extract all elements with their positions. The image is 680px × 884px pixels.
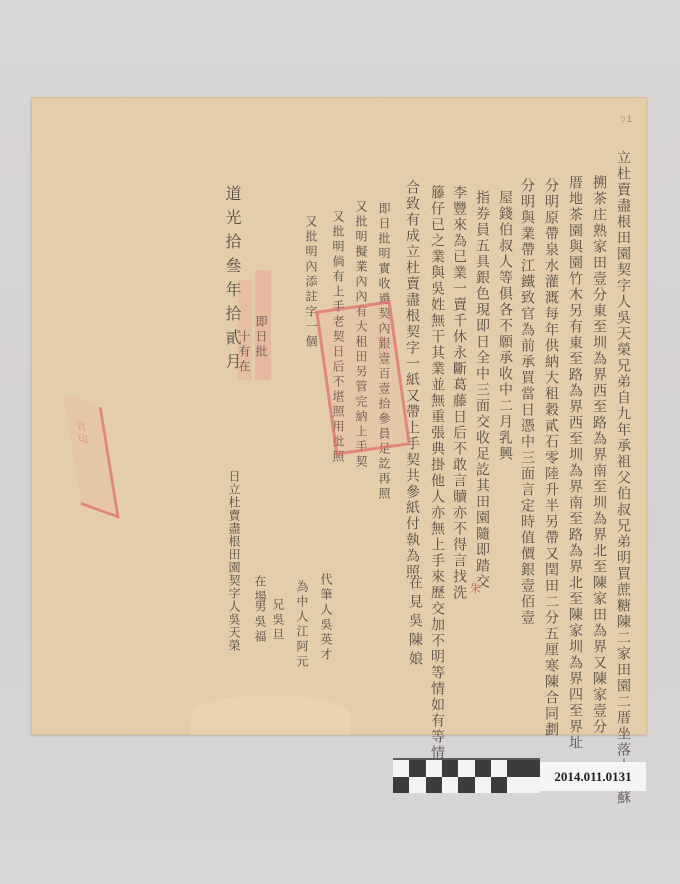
body-column-2: 搠茶庄熟家田壹分東至圳為界西至路為界南至圳為界北至陳家田為界又陳家壹分 — [592, 175, 606, 735]
body-column-1: 立杜賣盡根田園契字人吳天榮兄弟自九年承祖父伯叔兄弟明買蔗糖陳二家田園二厝坐落土名… — [616, 150, 630, 806]
witness-name: 江阿元 — [295, 625, 309, 670]
page-mark: ㄅ1 — [618, 112, 632, 125]
witness-name: 兄吳旦 — [271, 598, 285, 643]
body-column-3: 厝地茶園與園竹木另有東至路為界西至圳為界南至路為界北至陳家圳為界四至界址 — [568, 175, 582, 751]
color-checker — [393, 760, 540, 793]
body-column-5: 分明與業帶江鐵致官為前承買當日憑中三面言定時值價銀壹佰壹 — [520, 178, 534, 626]
small-note-2: 十有在 — [238, 330, 250, 375]
paper-stain — [191, 695, 351, 735]
witness-role: 在見 — [407, 575, 423, 613]
witness-name: 吳陳娘 — [407, 613, 423, 670]
witness-present: 在見吳陳娘 — [408, 575, 422, 670]
witness-middleman: 為中人江阿元 — [296, 580, 308, 670]
body-column-7: 指券員五具銀色現即日全中三面交收足訖其田園隨即踏交 — [475, 190, 489, 590]
signatory-column: 日立杜賣盡根田園契字人吳天榮 — [228, 470, 240, 652]
body-column-10: 合致有成立杜賣盡根契字一紙又帶上手契共參紙付執為照 — [405, 180, 419, 580]
body-column-8: 李豐來為已業一賣千休永斷葛藤日后不敢言贖亦不得言找洗 — [452, 185, 466, 601]
witness-brother: 兄吳旦 — [272, 598, 284, 643]
witness-name: 吳英才 — [319, 618, 333, 663]
accession-number-label: 2014.011.0131 — [540, 762, 646, 791]
red-ink-mark: 朱 — [470, 580, 481, 596]
witness-scribe: 代筆人吳英才 — [320, 573, 332, 663]
witness-role: 為中人 — [295, 580, 309, 625]
small-note: 即日批 — [255, 315, 267, 360]
body-column-14: 又批明內添註字一個 — [305, 215, 317, 350]
witness-role: 代筆人 — [319, 573, 333, 618]
witness-son: 男吳福 — [254, 600, 266, 645]
body-column-6: 屋錢伯叔人等俱各不願承收中二月乳興 — [498, 190, 512, 462]
body-column-4: 分明原帶泉水灌溉每年供納大租穀貳石零陸升半另帶又閏田二分五厘寒陳合同劃 — [544, 178, 558, 738]
body-column-9: 籐仔已之業與吳姓無干其業並無重張典掛他人亦無上手來歷交加不明等情如有等情係 — [430, 185, 444, 777]
